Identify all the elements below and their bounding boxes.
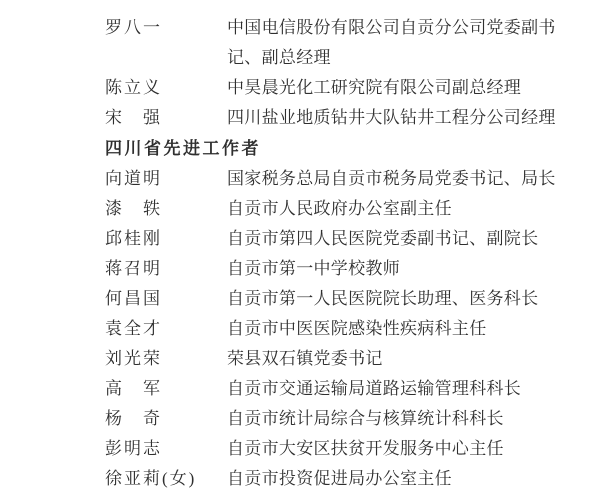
awardee-name: 宋 强 <box>105 103 227 133</box>
awardee-name: 刘光荣 <box>105 344 227 374</box>
awardee-title: 中国电信股份有限公司自贡分公司党委副书记、副总经理 <box>227 13 560 73</box>
award-entry-row: 蒋召明 自贡市第一中学校教师 <box>105 254 560 284</box>
awardee-name: 袁全才 <box>105 314 227 344</box>
award-entry-row: 彭明志 自贡市大安区扶贫开发服务中心主任 <box>105 434 560 464</box>
awardee-name: 漆 轶 <box>105 194 227 224</box>
award-entry-row: 向道明 国家税务总局自贡市税务局党委书记、局长 <box>105 164 560 194</box>
awardee-name: 向道明 <box>105 164 227 194</box>
awardee-name: 徐亚莉(女) <box>105 464 227 494</box>
awardee-title: 自贡市人民政府办公室副主任 <box>227 194 560 224</box>
awardee-name: 何昌国 <box>105 284 227 314</box>
award-entry-row: 陈立义 中昊晨光化工研究院有限公司副总经理 <box>105 73 560 103</box>
awardee-name: 杨 奇 <box>105 404 227 434</box>
awardee-name: 陈立义 <box>105 73 227 103</box>
award-entry-row: 邱桂刚 自贡市第四人民医院党委副书记、副院长 <box>105 224 560 254</box>
awardee-title: 自贡市第一人民医院院长助理、医务科长 <box>227 284 560 314</box>
awardee-title: 自贡市统计局综合与核算统计科科长 <box>227 404 560 434</box>
document-page: 罗八一 中国电信股份有限公司自贡分公司党委副书记、副总经理 陈立义 中昊晨光化工… <box>0 0 600 502</box>
awardee-title: 自贡市中医医院感染性疾病科主任 <box>227 314 560 344</box>
award-entry-row: 袁全才 自贡市中医医院感染性疾病科主任 <box>105 314 560 344</box>
awardee-title: 四川盐业地质钻井大队钻井工程分公司经理 <box>227 103 560 133</box>
awardee-name: 罗八一 <box>105 13 227 43</box>
awardee-title: 自贡市交通运输局道路运输管理科科长 <box>227 374 560 404</box>
award-entry-row: 罗八一 中国电信股份有限公司自贡分公司党委副书记、副总经理 <box>105 13 560 73</box>
awardee-name: 彭明志 <box>105 434 227 464</box>
awardee-title: 自贡市投资促进局办公室主任 <box>227 464 560 494</box>
awardee-name: 高 军 <box>105 374 227 404</box>
award-entry-row: 高 军 自贡市交通运输局道路运输管理科科长 <box>105 374 560 404</box>
awardee-title: 中昊晨光化工研究院有限公司副总经理 <box>227 73 560 103</box>
awardee-title: 荣县双石镇党委书记 <box>227 344 560 374</box>
awardee-title: 自贡市第四人民医院党委副书记、副院长 <box>227 224 560 254</box>
award-entry-row: 刘光荣 荣县双石镇党委书记 <box>105 344 560 374</box>
award-entry-row: 何昌国 自贡市第一人民医院院长助理、医务科长 <box>105 284 560 314</box>
section-heading: 四川省先进工作者 <box>105 133 560 164</box>
awardee-title: 自贡市大安区扶贫开发服务中心主任 <box>227 434 560 464</box>
award-entry-row: 宋 强 四川盐业地质钻井大队钻井工程分公司经理 <box>105 103 560 133</box>
awardee-name: 蒋召明 <box>105 254 227 284</box>
awardee-title: 自贡市第一中学校教师 <box>227 254 560 284</box>
awardee-name: 邱桂刚 <box>105 224 227 254</box>
award-entry-row: 漆 轶 自贡市人民政府办公室副主任 <box>105 194 560 224</box>
awardee-title: 国家税务总局自贡市税务局党委书记、局长 <box>227 164 560 194</box>
award-entry-row: 杨 奇 自贡市统计局综合与核算统计科科长 <box>105 404 560 434</box>
award-entry-row: 徐亚莉(女) 自贡市投资促进局办公室主任 <box>105 464 560 494</box>
